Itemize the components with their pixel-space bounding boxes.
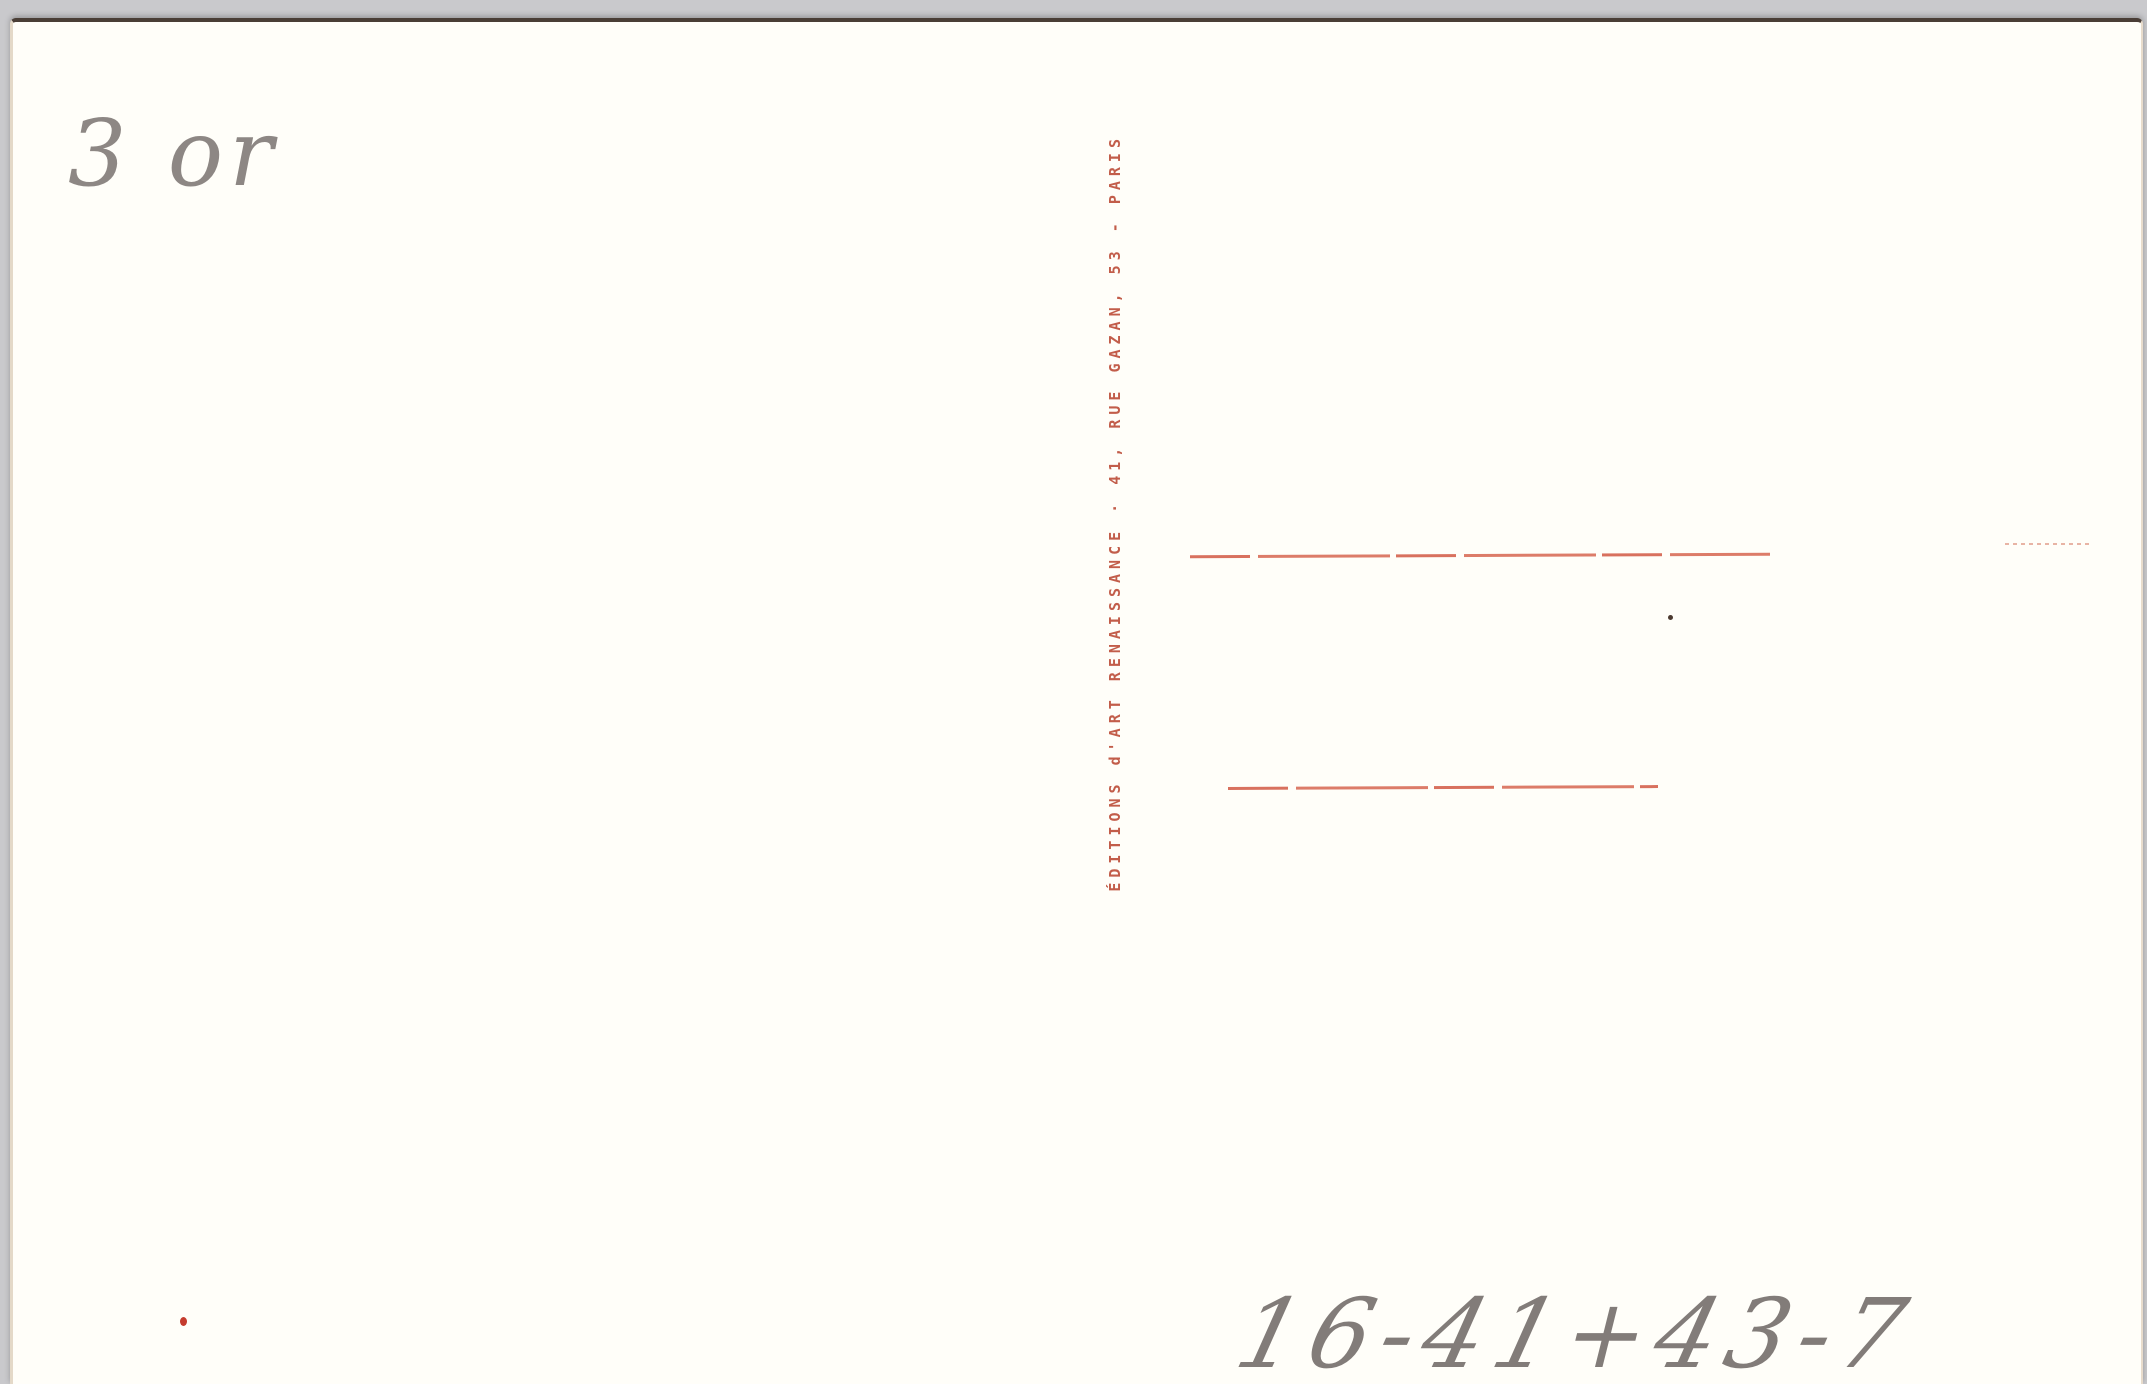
handwritten-note-bottom: 16-41+43-7 [1226, 1278, 1927, 1384]
dirt-speck [1668, 615, 1673, 620]
address-line-1-end [2005, 543, 2090, 545]
publisher-imprint-text: ÉDITIONS d'ART RENAISSANCE · 41, RUE GAZ… [1106, 134, 1124, 892]
postcard-back [10, 18, 2143, 1384]
publisher-imprint: ÉDITIONS d'ART RENAISSANCE · 41, RUE GAZ… [1106, 134, 1124, 1154]
handwritten-note-top: 3 or [68, 100, 279, 207]
ink-speck [180, 1317, 187, 1326]
